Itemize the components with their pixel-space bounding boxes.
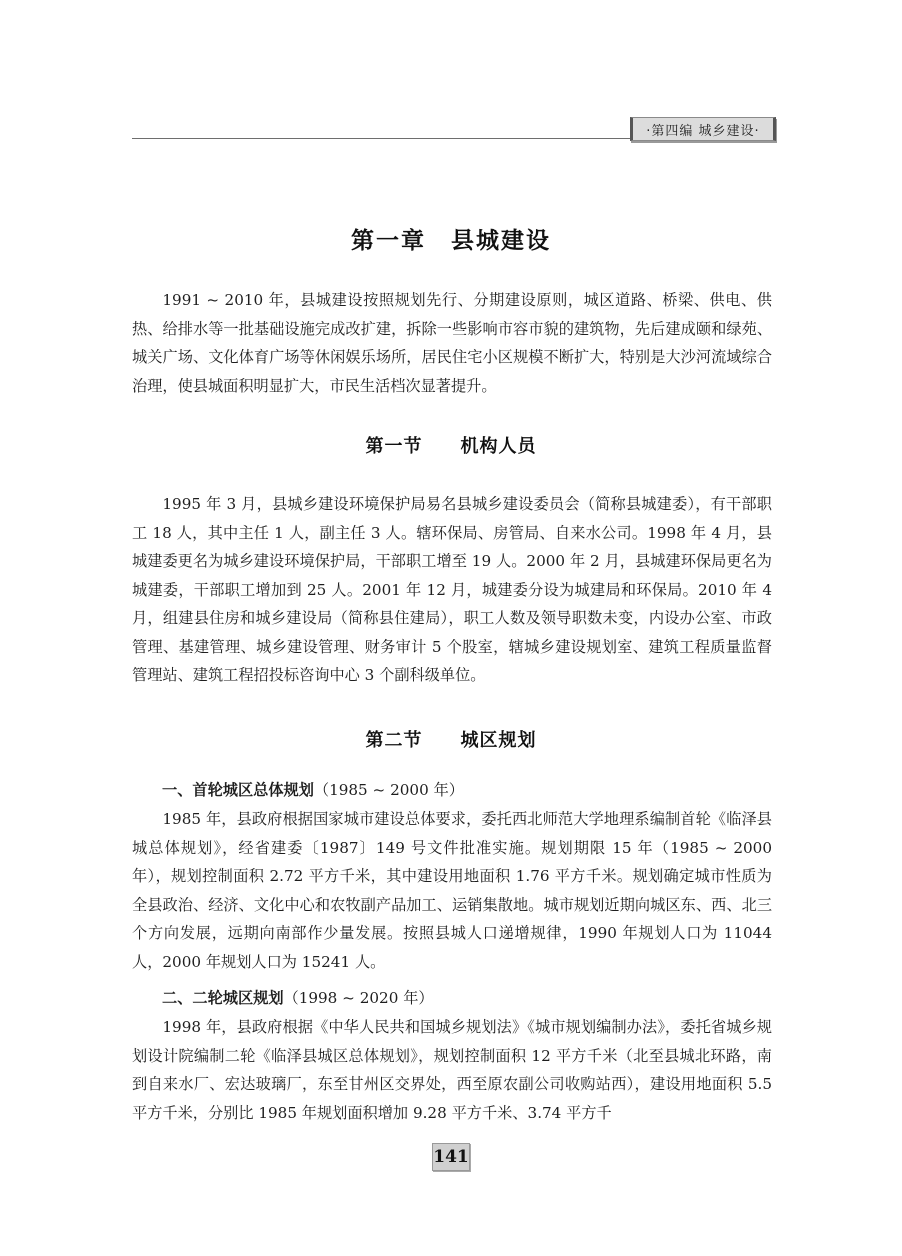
running-header: ·第四编 城乡建设· xyxy=(630,117,776,141)
subsection-2-period: （1998 ~ 2020 年） xyxy=(284,989,434,1007)
subsection-2-paragraph: 1998 年，县政府根据《中华人民共和国城乡规划法》《城市规划编制办法》，委托省… xyxy=(132,1013,772,1127)
header-rule xyxy=(132,138,632,139)
page-number: 141 xyxy=(432,1143,470,1171)
chapter-intro-paragraph: 1991 ~ 2010 年，县城建设按照规划先行、分期建设原则，城区道路、桥梁、… xyxy=(132,286,772,400)
document-page: ·第四编 城乡建设· 第一章 县城建设 1991 ~ 2010 年，县城建设按照… xyxy=(0,0,902,1256)
section-title-1: 第一节 机构人员 xyxy=(0,432,902,458)
subsection-1-period: （1985 ~ 2000 年） xyxy=(314,781,464,799)
subsection-heading-2: 二、二轮城区规划（1998 ~ 2020 年） xyxy=(162,984,434,1012)
subsection-2-label: 二、二轮城区规划 xyxy=(162,989,284,1007)
chapter-title: 第一章 县城建设 xyxy=(0,222,902,255)
section-title-2: 第二节 城区规划 xyxy=(0,726,902,752)
subsection-heading-1: 一、首轮城区总体规划（1985 ~ 2000 年） xyxy=(162,776,464,804)
subsection-1-label: 一、首轮城区总体规划 xyxy=(162,781,314,799)
subsection-1-paragraph: 1985 年，县政府根据国家城市建设总体要求，委托西北师范大学地理系编制首轮《临… xyxy=(132,805,772,976)
section-1-paragraph: 1995 年 3 月，县城乡建设环境保护局易名县城乡建设委员会（简称县城建委），… xyxy=(132,490,772,690)
